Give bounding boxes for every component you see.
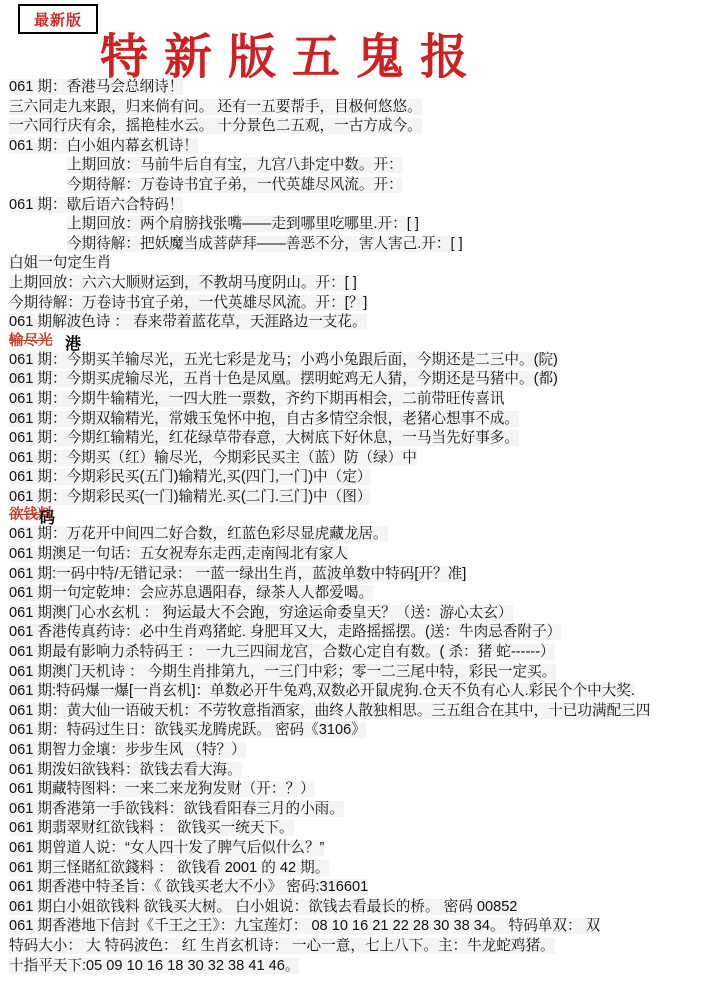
line-text: 061 期：今期彩民买(一门)输精光.买(二门.三门)中（图） bbox=[9, 489, 371, 505]
line-text: 特码大小： 大 特码波色： 红 生肖玄机诗： 一心一意，七上八下。主：牛龙蛇鸡猪… bbox=[9, 938, 555, 954]
text-line: 061 期翡翠财红欲钱料 ： 欲钱买一统天下。 bbox=[9, 819, 700, 839]
text-line: 一六同行庆有余，摇艳桂水云。 十分景色二五观，一古方成今。 bbox=[9, 117, 700, 137]
line-text: 061 期翡翠财红欲钱料 ： 欲钱买一统天下。 bbox=[9, 820, 294, 836]
line-text: 061 期：今期红输精光，红花绿草带春意，大树底下好休息，一马当先好事多。 bbox=[9, 430, 519, 446]
line-text: 061 期曾道人说：“女人四十发了脾气后似什么？” bbox=[9, 840, 324, 856]
line-text: 061 期香港地下信封《千王之王》：九宝莲灯： 08 10 16 21 22 2… bbox=[9, 918, 600, 934]
line-text: 061 期：特码过生日：欲钱买龙腾虎跃。 密码《3106》 bbox=[9, 722, 366, 738]
line-text: 061 期：黄大仙一语破天机：不劳牧意指酒家，曲终人散独相思。三五组合在其中，十… bbox=[9, 703, 650, 719]
text-line: 061 期藏特图料：一来二来龙狗发财（开：？） bbox=[9, 780, 700, 800]
text-line: 上期回放：两个肩膀找张嘴——走到哪里吃哪里.开：[ ] bbox=[9, 215, 700, 235]
text-line: 今期待解：万卷诗书宜子弟，一代英雄尽风流。开：[？] bbox=[9, 294, 700, 314]
text-line: 061 期白小姐欲钱料 欲钱买大树。 白小姐说：欲钱去看最长的桥。 密码 008… bbox=[9, 898, 700, 918]
text-line: 十指平天下:05 09 10 16 18 30 32 38 41 46。 bbox=[9, 957, 700, 977]
overlapping-print-artifact: 港 bbox=[65, 337, 81, 353]
text-line: 061 期：今期彩民买(一门)输精光.买(二门.三门)中（图） bbox=[9, 488, 700, 508]
text-line: 今期待解：万卷诗书宜子弟，一代英雄尽风流。开： bbox=[9, 176, 700, 196]
section-heading: 欲钱料码 bbox=[9, 507, 700, 525]
line-text: 061 期：今期买羊输尽光，五光七彩是龙马；小鸡小兔跟后面，今期还是二三中。(院… bbox=[9, 352, 558, 368]
text-line: 061 期:特码爆一爆[一肖玄机]：单数必开牛兔鸡,双数必开鼠虎狗.仓天不负有心… bbox=[9, 682, 700, 702]
text-line: 上期回放：马前牛后自有宝，九宫八卦定中数。开： bbox=[9, 156, 700, 176]
document-body: 061 期：香港马会总纲诗！三六同走九来跟，归来倘有问。 还有一五要帮手，目极何… bbox=[9, 78, 700, 976]
text-line: 061 期：今期买羊输尽光，五光七彩是龙马；小鸡小兔跟后面，今期还是二三中。(院… bbox=[9, 351, 700, 371]
line-text: 061 期：今期买（红）输尽光，今期彩民买主（蓝）防（绿）中 bbox=[9, 450, 417, 466]
line-text: 三六同走九来跟，归来倘有问。 还有一五要帮手，目极何悠悠。 bbox=[9, 99, 422, 115]
text-line: 061 期：歇后语六合特码！ bbox=[9, 196, 700, 216]
text-line: 061 期泼妇欲钱料：欲钱去看大海。 bbox=[9, 761, 700, 781]
overlapping-print-artifact: 码 bbox=[39, 511, 55, 527]
text-line: 061 期澳足一句话：五女祝寿东走西,走南闯北有家人 bbox=[9, 545, 700, 565]
line-text: 今期待解：万卷诗书宜子弟，一代英雄尽风流。开：[？] bbox=[9, 295, 367, 311]
line-text: 061 期：白小姐内幕玄机诗！ bbox=[9, 138, 198, 154]
line-text: 061 期泼妇欲钱料：欲钱去看大海。 bbox=[9, 762, 242, 778]
text-line: 061 期三怪賭紅欲錢料 ： 欲钱看 2001 的 42 期。 bbox=[9, 859, 700, 879]
text-line: 061 期:一码中特/无错记录： 一蓝一绿出生肖，蓝波单数中特码[开？准] bbox=[9, 565, 700, 585]
line-text: 061 期：香港马会总纲诗！ bbox=[9, 79, 183, 95]
text-line: 061 期香港第一手欲钱料：欲钱看阳春三月的小雨。 bbox=[9, 800, 700, 820]
text-line: 061 期：万花开中间四二好合数，红蓝色彩尽显虎藏龙居。 bbox=[9, 525, 700, 545]
text-line: 061 期：今期买（红）输尽光，今期彩民买主（蓝）防（绿）中 bbox=[9, 449, 700, 469]
text-line: 061 期澳门心水玄机 ： 狗运最大不会跑，穷途运命委皇天？（送：游心太玄） bbox=[9, 604, 700, 624]
line-text: 061 期解波色诗 ： 春来带着蓝花草，天涯路边一支花。 bbox=[9, 314, 367, 330]
line-text: 061 期：歇后语六合特码！ bbox=[9, 197, 183, 213]
text-line: 上期回放：六六大顺财运到，不教胡马度阴山。开：[ ] bbox=[9, 274, 700, 294]
text-line: 061 期一句定乾坤：会应苏息遇阳春，绿茶人人都爱喝。 bbox=[9, 584, 700, 604]
text-line: 061 期智力金壤：步步生风 （特？） bbox=[9, 741, 700, 761]
text-line: 061 期香港地下信封《千王之王》：九宝莲灯： 08 10 16 21 22 2… bbox=[9, 917, 700, 937]
text-line: 061 期澳门天机诗 ： 今期生肖排第九，一三门中彩；零一二三尾中特，彩民一定买… bbox=[9, 663, 700, 683]
line-text: 上期回放：马前牛后自有宝，九宫八卦定中数。开： bbox=[67, 157, 403, 173]
line-text: 十指平天下:05 09 10 16 18 30 32 38 41 46。 bbox=[9, 958, 299, 974]
line-text: 061 期：今期牛输精光，一四大胜一票数，齐约下期再相会，二前带旺传喜讯 bbox=[9, 391, 504, 407]
text-line: 061 期：今期彩民买(五门)输精光,买(四门,一门)中（定） bbox=[9, 468, 700, 488]
text-line: 061 期香港中特圣旨：《 欲钱买老大不小》 密码:316601 bbox=[9, 878, 700, 898]
line-text: 061 期智力金壤：步步生风 （特？） bbox=[9, 742, 246, 758]
text-line: 061 期最有影响力杀特码王 ： 一九三四闹龙宫，合数心定自有数。( 杀：猪 蛇… bbox=[9, 643, 700, 663]
text-line: 061 香港传真药诗：必中生肖鸡猪蛇. 身肥耳又大，走路摇摇摆。(送：牛肉忌香附… bbox=[9, 623, 700, 643]
line-text: 输尽光 bbox=[9, 333, 53, 349]
text-line: 061 期：今期买虎输尽光，五肖十色是凤凰。摆明蛇鸡无人猜，今期还是马猪中。(都… bbox=[9, 370, 700, 390]
latest-version-badge: 最新版 bbox=[18, 4, 98, 34]
line-text: 061 期:一码中特/无错记录： 一蓝一绿出生肖，蓝波单数中特码[开？准] bbox=[9, 566, 466, 582]
text-line: 061 期曾道人说：“女人四十发了脾气后似什么？” bbox=[9, 839, 700, 859]
line-text: 061 期:特码爆一爆[一肖玄机]：单数必开牛兔鸡,双数必开鼠虎狗.仓天不负有心… bbox=[9, 683, 635, 699]
line-text: 上期回放：六六大顺财运到，不教胡马度阴山。开：[ ] bbox=[9, 275, 357, 291]
line-text: 一六同行庆有余，摇艳桂水云。 十分景色二五观，一古方成今。 bbox=[9, 118, 422, 134]
text-line: 061 期：特码过生日：欲钱买龙腾虎跃。 密码《3106》 bbox=[9, 721, 700, 741]
line-text: 061 期最有影响力杀特码王 ： 一九三四闹龙宫，合数心定自有数。( 杀：猪 蛇… bbox=[9, 644, 555, 660]
text-line: 特码大小： 大 特码波色： 红 生肖玄机诗： 一心一意，七上八下。主：牛龙蛇鸡猪… bbox=[9, 937, 700, 957]
text-line: 061 期：香港马会总纲诗！ bbox=[9, 78, 700, 98]
line-text: 061 期澳足一句话：五女祝寿东走西,走南闯北有家人 bbox=[9, 546, 348, 562]
line-text: 061 期澳门心水玄机 ： 狗运最大不会跑，穷途运命委皇天？（送：游心太玄） bbox=[9, 605, 513, 621]
text-line: 三六同走九来跟，归来倘有问。 还有一五要帮手，目极何悠悠。 bbox=[9, 98, 700, 118]
section-heading: 输尽光港 bbox=[9, 333, 700, 351]
text-line: 061 期解波色诗 ： 春来带着蓝花草，天涯路边一支花。 bbox=[9, 313, 700, 333]
line-text: 061 期：今期双输精光，常娥玉兔怀中抱，自古多情空余恨，老猪心想事不成。 bbox=[9, 411, 519, 427]
text-line: 白姐一句定生肖 bbox=[9, 254, 700, 274]
line-text: 061 期：今期彩民买(五门)输精光,买(四门,一门)中（定） bbox=[9, 469, 371, 485]
line-text: 061 期白小姐欲钱料 欲钱买大树。 白小姐说：欲钱去看最长的桥。 密码 008… bbox=[9, 899, 517, 915]
line-text: 061 期澳门天机诗 ： 今期生肖排第九，一三门中彩；零一二三尾中特，彩民一定买… bbox=[9, 664, 556, 680]
text-line: 061 期：黄大仙一语破天机：不劳牧意指酒家，曲终人散独相思。三五组合在其中，十… bbox=[9, 702, 700, 722]
text-line: 061 期：今期双输精光，常娥玉兔怀中抱，自古多情空余恨，老猪心想事不成。 bbox=[9, 410, 700, 430]
line-text: 061 期香港第一手欲钱料：欲钱看阳春三月的小雨。 bbox=[9, 801, 344, 817]
line-text: 061 期：今期买虎输尽光，五肖十色是凤凰。摆明蛇鸡无人猜，今期还是马猪中。(都… bbox=[9, 371, 558, 387]
page-title: 特 新 版 五 鬼 报 bbox=[100, 18, 470, 87]
line-text: 今期待解：万卷诗书宜子弟，一代英雄尽风流。开： bbox=[67, 177, 403, 193]
text-line: 061 期：今期牛输精光，一四大胜一票数，齐约下期再相会，二前带旺传喜讯 bbox=[9, 390, 700, 410]
line-text: 061 期三怪賭紅欲錢料 ： 欲钱看 2001 的 42 期。 bbox=[9, 860, 329, 876]
five-ghost-report-page: 最新版 特 新 版 五 鬼 报 061 期：香港马会总纲诗！三六同走九来跟，归来… bbox=[0, 0, 702, 988]
text-line: 061 期：今期红输精光，红花绿草带春意，大树底下好休息，一马当先好事多。 bbox=[9, 429, 700, 449]
line-text: 061 期一句定乾坤：会应苏息遇阳春，绿茶人人都爱喝。 bbox=[9, 585, 373, 601]
line-text: 上期回放：两个肩膀找张嘴——走到哪里吃哪里.开：[ ] bbox=[67, 216, 419, 232]
line-text: 今期待解：把妖魔当成菩萨拜——善恶不分，害人害己.开：[ ] bbox=[67, 236, 463, 252]
line-text: 061 期藏特图料：一来二来龙狗发财（开：？） bbox=[9, 781, 315, 797]
text-line: 061 期：白小姐内幕玄机诗！ bbox=[9, 137, 700, 157]
line-text: 061 期香港中特圣旨：《 欲钱买老大不小》 密码:316601 bbox=[9, 879, 368, 895]
badge-label: 最新版 bbox=[34, 9, 82, 30]
line-text: 白姐一句定生肖 bbox=[9, 255, 111, 271]
line-text: 061 期：万花开中间四二好合数，红蓝色彩尽显虎藏龙居。 bbox=[9, 526, 388, 542]
line-text: 061 香港传真药诗：必中生肖鸡猪蛇. 身肥耳又大，走路摇摇摆。(送：牛肉忌香附… bbox=[9, 624, 561, 640]
text-line: 今期待解：把妖魔当成菩萨拜——善恶不分，害人害己.开：[ ] bbox=[9, 235, 700, 255]
